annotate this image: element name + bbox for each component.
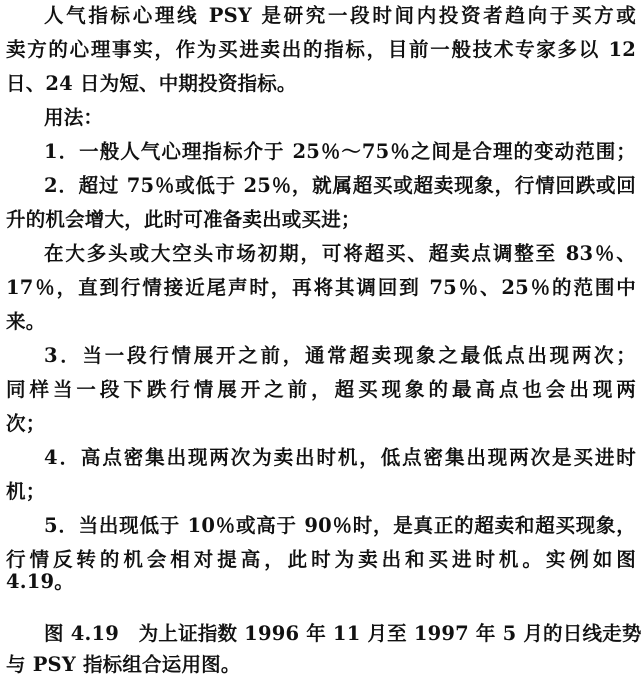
rule-2-line-1: 2．超过 75％或低于 25％，就属超买或超卖现象，行情回跌或回 [44, 171, 636, 201]
rule-2-note-line-1: 在大多头或大空头市场初期，可将超买、超卖点调整至 83％、 [44, 239, 636, 269]
rule-4-line-2: 机； [6, 477, 636, 507]
rule-3-line-1: 3．当一段行情展开之前，通常超卖现象之最低点出现两次； [44, 341, 636, 371]
rule-2-note-line-3: 来。 [6, 307, 636, 337]
document-page: 人气指标心理线 PSY 是研究一段时间内投资者趋向于买方或 卖方的心理事实，作为… [0, 0, 642, 680]
rule-4-line-1: 4．高点密集出现两次为卖出时机，低点密集出现两次是买进时 [44, 443, 636, 473]
rule-2-note-line-2: 17％，直到行情接近尾声时，再将其调回到 75％、25％的范围中 [6, 273, 636, 303]
rule-3-line-3: 次； [6, 409, 636, 439]
figure-caption-line-1: 图 4.19 为上证指数 1996 年 11 月至 1997 年 5 月的日线走… [44, 619, 636, 649]
paragraph-intro-line-1: 人气指标心理线 PSY 是研究一段时间内投资者趋向于买方或 [44, 1, 636, 31]
paragraph-intro-line-3: 日、24 日为短、中期投资指标。 [6, 69, 636, 99]
rule-1-line-1: 1．一般人气心理指标介于 25％～75％之间是合理的变动范围； [44, 137, 636, 167]
rule-5-line-1: 5．当出现低于 10％或高于 90％时，是真正的超卖和超买现象， [44, 511, 636, 541]
rule-3-line-2: 同样当一段下跌行情展开之前，超买现象的最高点也会出现两 [6, 375, 636, 405]
figure-caption-line-2: 与 PSY 指标组合运用图。 [6, 650, 636, 680]
rule-5-line-3: 4.19。 [6, 567, 636, 597]
paragraph-intro-line-2: 卖方的心理事实，作为买进卖出的指标，目前一般技术专家多以 12 [6, 35, 636, 65]
usage-heading: 用法： [44, 103, 636, 133]
rule-2-line-2: 升的机会增大，此时可准备卖出或买进； [6, 205, 636, 235]
